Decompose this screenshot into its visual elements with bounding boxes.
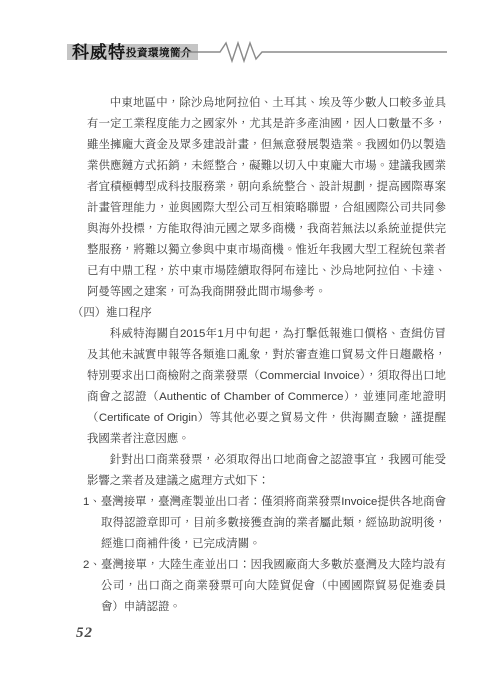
- document-body: 中東地區中，除沙烏地阿拉伯、土耳其、埃及等少數人口較多並具有一定工業程度能力之國…: [72, 93, 446, 618]
- list-item-marker: 2、: [83, 559, 101, 571]
- list-item: 1、臺灣接單，臺灣產製並出口者：僅須將商業發票Invoice提供各地商會取得認證…: [83, 492, 446, 555]
- list-item-marker: 1、: [83, 496, 101, 508]
- paragraph: 科威特海關自2015年1月中旬起，為打擊低報進口價格、查緝仿冒及其他未誠實申報等…: [87, 324, 446, 450]
- zigzag-heartbeat-line-icon: [178, 40, 447, 66]
- list-item: 2、臺灣接單，大陸生產並出口：因我國廠商大多數於臺灣及大陸均設有公司，出口商之商…: [83, 555, 446, 618]
- document-page: 科威特投資環境簡介 中東地區中，除沙烏地阿拉伯、土耳其、埃及等少數人口較多並具有…: [0, 0, 480, 679]
- page-number: 52: [76, 625, 93, 642]
- section-heading: （四）進口程序: [72, 303, 446, 324]
- header-title-main: 科威特: [72, 46, 126, 59]
- paragraph: 中東地區中，除沙烏地阿拉伯、土耳其、埃及等少數人口較多並具有一定工業程度能力之國…: [87, 93, 446, 303]
- paragraph: 針對出口商業發票，必須取得出口地商會之認證事宜，我國可能受影響之業者及建議之處理…: [87, 450, 446, 492]
